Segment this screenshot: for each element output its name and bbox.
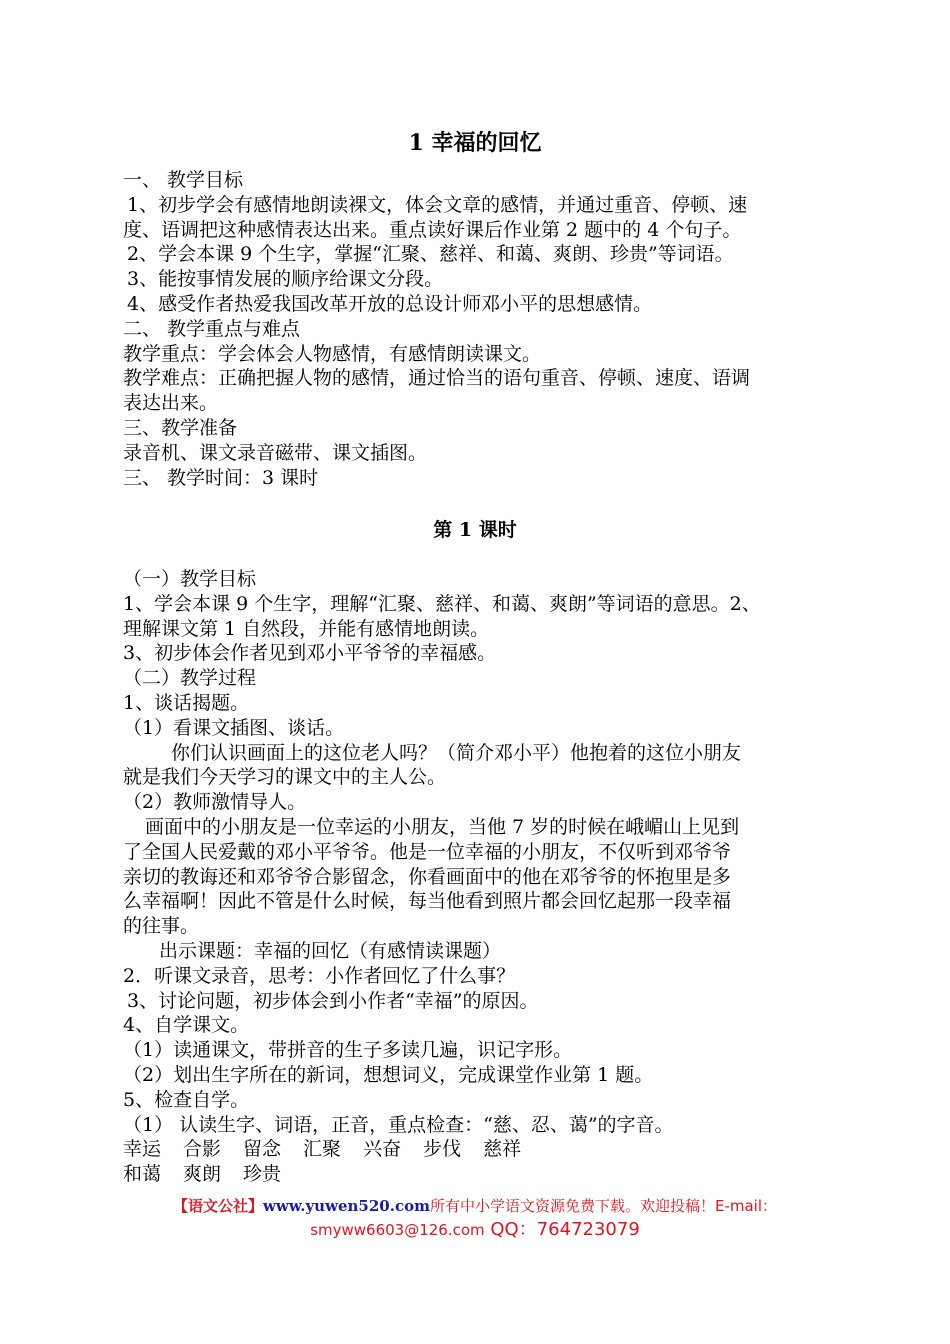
process-substep: （1）读通课文，带拼音的生子多读几遍，识记字形。 xyxy=(123,1038,835,1063)
process-step: 2．听课文录音，思考：小作者回忆了什么事？ xyxy=(123,964,835,989)
vocab-word: 步伐 xyxy=(423,1137,461,1162)
process-paragraph-cont: 亲切的教诲还和邓爷爷合影留念，你看画面中的他在邓爷爷的怀抱里是多 xyxy=(123,865,835,890)
page-footer: 【语文公社】www.yuwen520.com所有中小学语文资源免费下载。欢迎投稿… xyxy=(0,1194,950,1242)
process-paragraph-cont: 的往事。 xyxy=(123,914,835,939)
vocabulary-row: 幸运合影留念汇聚兴奋步伐慈祥 xyxy=(123,1137,835,1162)
vocab-word: 爽朗 xyxy=(183,1162,221,1187)
lesson-body: （一）教学目标 1、学会本课 9 个生字，理解“汇聚、慈祥、和蔼、爽朗”等词语的… xyxy=(123,567,835,1187)
preparation-content: 录音机、课文录音磁带、课文插图。 xyxy=(123,441,835,466)
process-substep: （2）教师激情导人。 xyxy=(123,790,835,815)
section-heading: 三、教学准备 xyxy=(123,416,835,441)
objective-item: 3、能按事情发展的顺序给课文分段。 xyxy=(123,267,835,292)
goals-heading: （一）教学目标 xyxy=(123,567,835,592)
footer-brand: 【语文公社】 xyxy=(173,1197,263,1215)
footer-line-1: 【语文公社】www.yuwen520.com所有中小学语文资源免费下载。欢迎投稿… xyxy=(0,1194,950,1218)
process-paragraph: 你们认识画面上的这位老人吗？（简介邓小平）他抱着的这位小朋友 xyxy=(123,741,835,766)
footer-text: 所有中小学语文资源免费下载。欢迎投稿！E-mail： xyxy=(430,1197,777,1215)
section-heading: 三、 教学时间：3 课时 xyxy=(123,466,835,491)
footer-line-2: smyww6603@126.com QQ：764723079 xyxy=(0,1218,950,1242)
footer-qq: QQ：764723079 xyxy=(485,1219,640,1240)
document-title: 1 幸福的回忆 xyxy=(0,128,950,158)
objective-item-cont: 度、语调把这种感情表达出来。重点读好课后作业第 2 题中的 4 个句子。 xyxy=(123,218,835,243)
vocab-word: 珍贵 xyxy=(243,1162,281,1187)
objective-item: 2、学会本课 9 个生字，掌握“汇聚、慈祥、和蔼、爽朗、珍贵”等词语。 xyxy=(123,242,835,267)
vocab-word: 兴奋 xyxy=(363,1137,401,1162)
process-substep: （2）划出生字所在的新词，想想词义，完成课堂作业第 1 题。 xyxy=(123,1063,835,1088)
vocabulary-row: 和蔼爽朗珍贵 xyxy=(123,1162,835,1187)
vocab-word: 幸运 xyxy=(123,1137,161,1162)
process-paragraph: 画面中的小朋友是一位幸运的小朋友，当他 7 岁的时候在峨嵋山上见到 xyxy=(123,815,835,840)
section-heading: 二、 教学重点与难点 xyxy=(123,317,835,342)
process-paragraph-cont: 就是我们今天学习的课文中的主人公。 xyxy=(123,765,835,790)
vocab-word: 汇聚 xyxy=(303,1137,341,1162)
vocab-word: 慈祥 xyxy=(483,1137,521,1162)
footer-url-link[interactable]: www.yuwen520.com xyxy=(263,1197,430,1215)
document-page: 1 幸福的回忆 一、 教学目标 1、初步学会有感情地朗读裸文，体会文章的感情，并… xyxy=(0,0,950,1344)
objective-item: 1、初步学会有感情地朗读裸文，体会文章的感情，并通过重音、停顿、速 xyxy=(123,193,835,218)
process-heading: （二）教学过程 xyxy=(123,666,835,691)
process-step: 4、自学课文。 xyxy=(123,1013,835,1038)
vocab-word: 合影 xyxy=(183,1137,221,1162)
teaching-difficulty-cont: 表达出来。 xyxy=(123,391,835,416)
section-heading: 一、 教学目标 xyxy=(123,168,835,193)
vocab-word: 和蔼 xyxy=(123,1162,161,1187)
process-step: 5、检查自学。 xyxy=(123,1088,835,1113)
teaching-focus: 教学重点：学会体会人物感情，有感情朗读课文。 xyxy=(123,342,835,367)
teaching-difficulty: 教学难点：正确把握人物的感情，通过恰当的语句重音、停顿、速度、语调 xyxy=(123,366,835,391)
lesson-topic-line: 出示课题：幸福的回忆（有感情读课题） xyxy=(123,939,835,964)
process-paragraph-cont: 么幸福啊！因此不管是什么时候，每当他看到照片都会回忆起那一段幸福 xyxy=(123,889,835,914)
objective-item: 4、感受作者热爱我国改革开放的总设计师邓小平的思想感情。 xyxy=(123,292,835,317)
process-paragraph-cont: 了全国人民爱戴的邓小平爷爷。他是一位幸福的小朋友，不仅听到邓爷爷 xyxy=(123,840,835,865)
process-substep: （1） 认读生字、词语，正音，重点检查：“慈、忍、蔼”的字音。 xyxy=(123,1113,835,1138)
process-step: 3、讨论问题，初步体会到小作者“幸福”的原因。 xyxy=(123,989,835,1014)
goal-item: 3、初步体会作者见到邓小平爷爷的幸福感。 xyxy=(123,641,835,666)
footer-email-link[interactable]: smyww6603@126.com xyxy=(310,1221,484,1239)
lesson-title: 第 1 课时 xyxy=(0,516,950,544)
section-objectives: 一、 教学目标 1、初步学会有感情地朗读裸文，体会文章的感情，并通过重音、停顿、… xyxy=(123,168,835,490)
process-step: 1、谈话揭题。 xyxy=(123,691,835,716)
goal-item-cont: 理解课文第 1 自然段，并能有感情地朗读。 xyxy=(123,617,835,642)
goal-item: 1、学会本课 9 个生字，理解“汇聚、慈祥、和蔼、爽朗”等词语的意思。2、 xyxy=(123,592,835,617)
process-substep: （1）看课文插图、谈话。 xyxy=(123,716,835,741)
vocab-word: 留念 xyxy=(243,1137,281,1162)
